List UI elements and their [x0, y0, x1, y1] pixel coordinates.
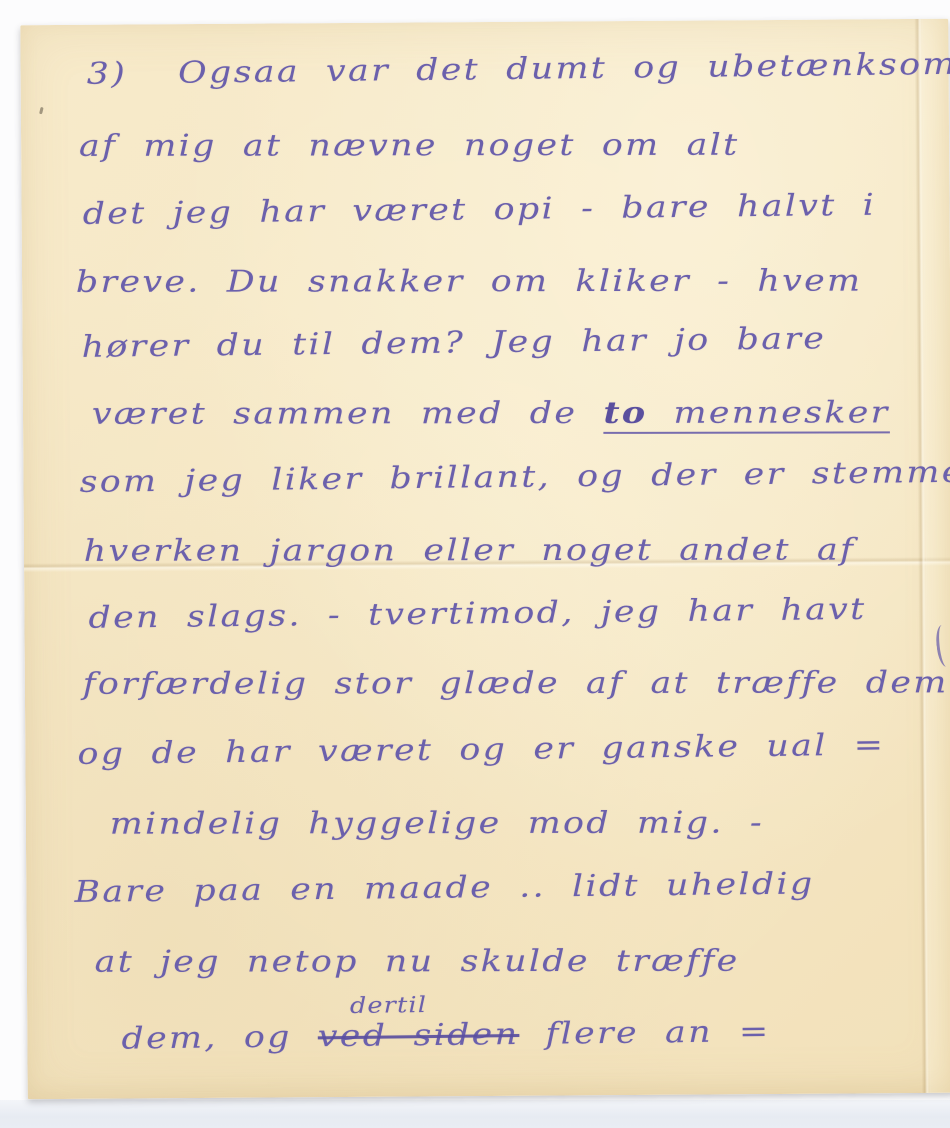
- correction-group: dertilved siden: [318, 1013, 520, 1059]
- scan-background-strip: [0, 1100, 950, 1128]
- handwriting-line-8: hverken jargon eller noget andet af: [84, 528, 855, 573]
- line-text: dem, og: [121, 1019, 318, 1056]
- handwriting-line-3: det jeg har været opi - bare halvt i: [82, 184, 876, 237]
- paper-speck: [39, 107, 44, 115]
- line-text: Ogsaa var det dumt og ubetænksomt: [178, 47, 950, 91]
- handwriting-line-2: af mig at nævne noget om alt: [79, 124, 739, 169]
- line-text: været sammen med de: [92, 396, 604, 432]
- line-text: af mig at nævne noget om alt: [79, 128, 739, 164]
- handwriting-line-13: Bare paa en maade .. lidt uheldig: [74, 862, 815, 915]
- handwriting-line-6: været sammen med de to mennesker: [92, 391, 890, 436]
- line-text: breve. Du snakker om kliker - hvem: [76, 264, 862, 300]
- handwriting-line-11: og de har været og er ganske ual =: [77, 724, 885, 777]
- scanned-letter-scene: 3)Ogsaa var det dumt og ubetænksomt af m…: [0, 0, 950, 1128]
- line-text: det jeg har været opi - bare halvt i: [82, 188, 876, 232]
- underlined-rest: mennesker: [647, 395, 889, 430]
- handwriting-line-9: den slags. - tvertimod, jeg har havt: [88, 588, 866, 641]
- handwriting-line-14: at jeg netop nu skulde træffe: [95, 940, 740, 985]
- line-text: som jeg liker brillant, og der er stemme…: [79, 454, 950, 499]
- underlined-phrase: to mennesker: [603, 395, 889, 433]
- list-number: 3): [87, 56, 128, 91]
- line-text: hører du til dem? Jeg har jo bare: [81, 321, 826, 365]
- line-text-after: flere an =: [519, 1014, 771, 1052]
- line-text: forfærdelig stor glæde af at træffe dem: [83, 665, 949, 701]
- handwriting-line-1: 3)Ogsaa var det dumt og ubetænksomt: [86, 43, 950, 97]
- handwriting-line-4: breve. Du snakker om kliker - hvem: [76, 260, 862, 305]
- line-text: den slags. - tvertimod, jeg har havt: [88, 592, 866, 636]
- emphasized-word: to: [603, 396, 647, 431]
- handwriting-line-5: hører du til dem? Jeg har jo bare: [81, 317, 826, 370]
- inserted-word: dertil: [350, 984, 428, 1029]
- line-text: mindelig hyggelige mod mig. -: [110, 806, 764, 842]
- handwriting-line-7: som jeg liker brillant, og der er stemme…: [79, 450, 950, 504]
- line-text: Bare paa en maade .. lidt uheldig: [74, 866, 814, 910]
- letter-page: 3)Ogsaa var det dumt og ubetænksomt af m…: [20, 19, 950, 1099]
- line-text: at jeg netop nu skulde træffe: [95, 944, 740, 980]
- line-text: hverken jargon eller noget andet af: [84, 532, 855, 568]
- handwriting-line-10: forfærdelig stor glæde af at træffe dem: [83, 661, 949, 706]
- line-text: og de har været og er ganske ual =: [77, 728, 885, 772]
- handwriting-line-12: mindelig hyggelige mod mig. -: [110, 802, 764, 847]
- handwriting-line-15: dem, og dertilved siden flere an =: [121, 1010, 771, 1061]
